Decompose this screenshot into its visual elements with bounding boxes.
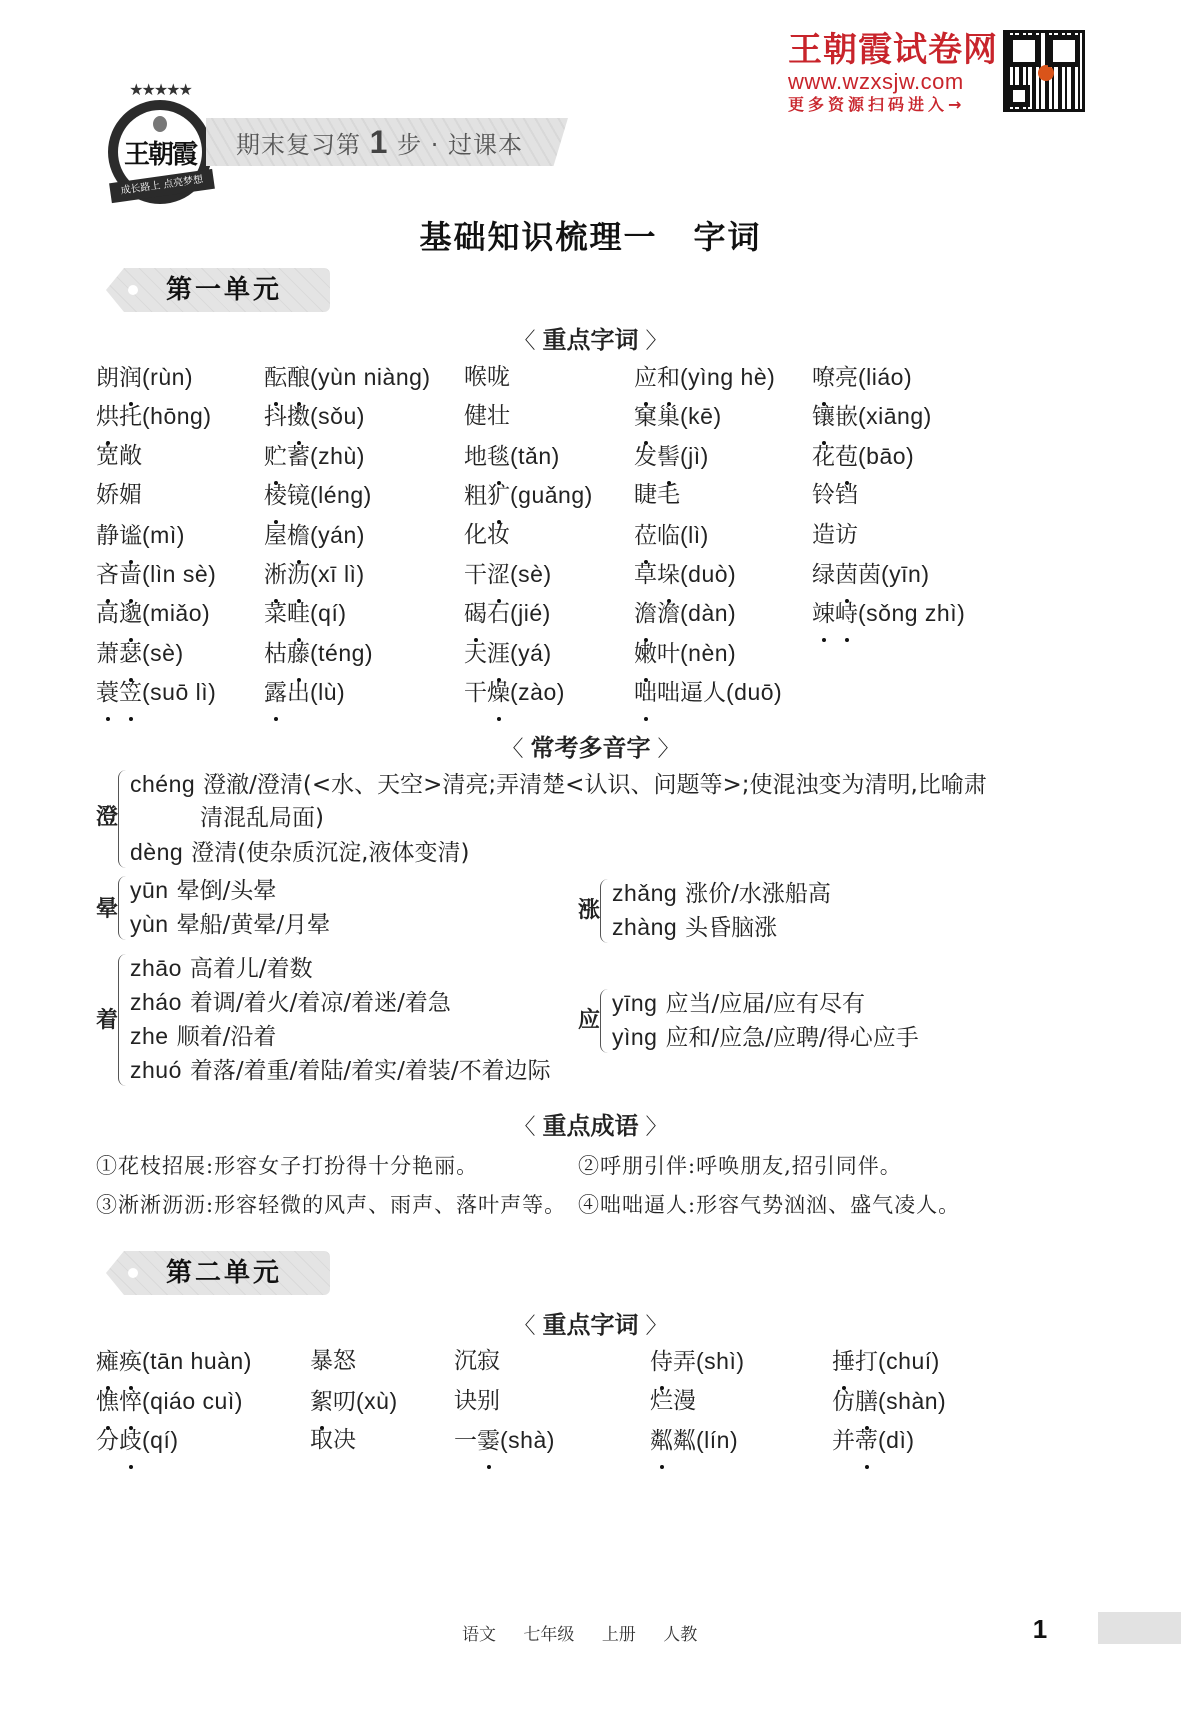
word-char: 喉	[464, 364, 487, 390]
key-word-item: 粗犷(guǎng)	[464, 474, 593, 518]
word-char: 化	[464, 522, 487, 548]
key-word-pinyin: (zhù)	[310, 443, 365, 469]
emphasis-dot-char: 邈	[119, 593, 142, 636]
emphasis-dot-char: 窠	[634, 396, 657, 439]
emphasis-dot-char: 瘫	[96, 1341, 119, 1384]
key-word-pinyin: (qí)	[310, 600, 347, 626]
brace-icon	[118, 876, 126, 940]
key-word-item: 天涯(yá)	[464, 632, 552, 676]
key-word-chars: 绿茵茵	[812, 562, 881, 588]
word-char: 干	[464, 680, 487, 706]
key-word-chars: 烘托	[96, 404, 142, 430]
key-word-item: 花苞(bāo)	[812, 435, 914, 479]
key-word-pinyin: (suō lì)	[142, 679, 216, 705]
emphasis-dot-char: 贮	[264, 436, 287, 479]
key-word-chars: 酝酿	[264, 365, 310, 391]
step-number: 1	[370, 124, 389, 160]
footer-edition: 人教	[663, 1625, 697, 1645]
polyphone-reading: yūn晕倒/头晕	[130, 872, 276, 909]
key-word-chars: 吝啬	[96, 562, 142, 588]
word-char: 妆	[487, 522, 510, 548]
polyphone-char: 晕	[96, 892, 118, 923]
key-word-pinyin: (kē)	[680, 403, 722, 429]
word-char: 托	[119, 404, 142, 430]
key-word-item: 睫毛	[634, 474, 680, 517]
word-char: 出	[287, 680, 310, 706]
key-word-pinyin: (yìng hè)	[680, 364, 775, 390]
key-word-pinyin: (tǎn)	[510, 443, 560, 469]
word-char: 诀	[454, 1388, 477, 1414]
emphasis-dot-char: 澹	[634, 593, 657, 636]
key-word-pinyin: (lì)	[680, 522, 709, 548]
key-word-pinyin: (nèn)	[680, 640, 736, 666]
polyphone-char: 着	[96, 1003, 118, 1034]
key-word-chars: 侍弄	[650, 1349, 696, 1375]
emphasis-dot-char: 涯	[487, 633, 510, 676]
emphasis-dot-char: 镶	[812, 396, 835, 439]
emphasis-dot-char: 捶	[832, 1341, 855, 1384]
reading-examples: 头昏脑涨	[685, 915, 777, 941]
word-char: 干	[464, 562, 487, 588]
key-word-pinyin: (xù)	[356, 1388, 398, 1414]
section-heading-key-words: 〈 重点字词 〉	[0, 320, 1181, 355]
idiom-item: ①花枝招展:形容女子打扮得十分艳丽。	[96, 1150, 478, 1180]
key-word-chars: 睫毛	[634, 482, 680, 508]
key-word-chars: 干涩	[464, 562, 510, 588]
word-char: 毛	[657, 482, 680, 508]
polyphone-reading: zháo着调/着火/着凉/着迷/着急	[130, 984, 451, 1021]
key-word-item: 喉咙	[464, 356, 510, 399]
word-char: 睫	[634, 482, 657, 508]
key-word-item: 捶打(chuí)	[832, 1340, 940, 1384]
key-word-item: 烂漫	[650, 1380, 696, 1423]
stars-icon: ★★★★★	[106, 80, 214, 99]
key-word-pinyin: (léng)	[310, 482, 372, 508]
word-char: 寂	[477, 1348, 500, 1374]
key-word-item: 并蒂(dì)	[832, 1419, 915, 1463]
key-word-item: 镶嵌(xiāng)	[812, 395, 932, 439]
key-word-pinyin: (qí)	[142, 1427, 179, 1453]
emphasis-dot-char: 膳	[855, 1381, 878, 1424]
word-char: 仿	[832, 1389, 855, 1415]
emphasis-dot-char: 竦	[812, 593, 835, 636]
key-word-chars: 娇媚	[96, 482, 142, 508]
key-word-chars: 地毯	[464, 444, 510, 470]
key-word-item: 嘹亮(liáo)	[812, 356, 912, 400]
key-word-chars: 蓑笠	[96, 680, 142, 706]
emphasis-dot-char: 峙	[835, 593, 858, 636]
polyphone-reading: zhuó着落/着重/着陆/着实/着装/不着边际	[130, 1052, 551, 1089]
key-word-item: 萧瑟(sè)	[96, 632, 184, 676]
key-word-item: 应和(yìng hè)	[634, 356, 775, 400]
bracket-right-icon: 〉	[639, 1115, 668, 1140]
emphasis-dot-char: 莅	[634, 515, 657, 558]
key-word-chars: 露出	[264, 680, 310, 706]
idiom-item: ③淅淅沥沥:形容轻微的风声、雨声、落叶声等。	[96, 1189, 566, 1219]
key-word-item: 贮蓄(zhù)	[264, 435, 365, 479]
emphasis-dot-char: 粼	[650, 1420, 673, 1463]
emphasis-dot-char: 瑟	[119, 633, 142, 676]
key-word-item: 造访	[812, 514, 858, 557]
emphasis-dot-char: 涩	[487, 554, 510, 597]
key-word-item: 棱镜(léng)	[264, 474, 372, 518]
word-char: 嵌	[835, 404, 858, 430]
key-word-item: 取决	[310, 1419, 356, 1462]
word-char: 烂	[650, 1388, 673, 1414]
word-char: 逼	[680, 680, 703, 706]
key-word-pinyin: (lín)	[696, 1427, 738, 1453]
word-char: 怒	[333, 1348, 356, 1374]
key-word-chars: 干燥	[464, 680, 510, 706]
bracket-left-icon: 〈	[514, 1115, 543, 1140]
key-word-item: 一霎(shà)	[454, 1419, 555, 1463]
portrait-icon	[153, 116, 167, 132]
emphasis-dot-char: 憔	[96, 1381, 119, 1424]
key-word-item: 干涩(sè)	[464, 553, 552, 597]
word-char: 亮	[835, 365, 858, 391]
brand-url[interactable]: www.wzxsjw.com	[788, 70, 998, 94]
reading-pinyin: zháo	[130, 989, 182, 1015]
page-title-sub: 字词	[694, 218, 762, 256]
key-word-pinyin: (shàn)	[878, 1388, 946, 1414]
reading-pinyin: zhe	[130, 1023, 169, 1049]
brace-icon	[118, 954, 126, 1086]
author-badge-logo: ★★★★★ 王朝霞 成长路上 点亮梦想	[106, 80, 214, 200]
key-word-item: 吝啬(lìn sè)	[96, 553, 216, 597]
key-word-chars: 澹澹	[634, 601, 680, 627]
brand-block: 王朝霞试卷网 www.wzxsjw.com 更多资源扫码进入→	[788, 30, 998, 116]
word-char: 茵	[858, 562, 881, 588]
unit-label: 第一单元	[166, 268, 282, 312]
emphasis-dot-char: 蓑	[96, 672, 119, 715]
key-word-item: 咄咄逼人(duō)	[634, 671, 782, 715]
key-word-chars: 化妆	[464, 522, 510, 548]
key-word-chars: 絮叨	[310, 1389, 356, 1415]
word-char: 漫	[673, 1388, 696, 1414]
reading-pinyin: yīng	[612, 990, 657, 1016]
qr-logo-icon	[1038, 65, 1054, 81]
key-word-chars: 棱镜	[264, 483, 310, 509]
polyphone-char: 应	[578, 1003, 600, 1034]
key-word-chars: 一霎	[454, 1428, 500, 1454]
word-char: 临	[657, 523, 680, 549]
key-word-pinyin: (duō)	[726, 679, 782, 705]
key-word-pinyin: (zào)	[510, 679, 565, 705]
emphasis-dot-char: 笠	[119, 672, 142, 715]
reading-examples: 澄澈/澄清(<水、天空>清亮;弄清楚<认识、问题等>;使混浊变为清明,比喻肃	[203, 772, 987, 798]
key-word-chars: 发髻	[634, 444, 680, 470]
key-word-chars: 枯藤	[264, 641, 310, 667]
word-char: 娇	[96, 482, 119, 508]
key-word-chars: 诀别	[454, 1388, 500, 1414]
key-word-pinyin: (lìn sè)	[142, 561, 216, 587]
emphasis-dot-char: 蒂	[855, 1420, 878, 1463]
key-word-chars: 取决	[310, 1427, 356, 1453]
emphasis-dot-char: 垛	[657, 554, 680, 597]
key-word-item: 窠巢(kē)	[634, 395, 722, 439]
brace-icon	[118, 770, 126, 868]
emphasis-dot-char: 毯	[487, 436, 510, 479]
polyphone-reading: yìng应和/应急/应聘/得心应手	[612, 1019, 919, 1056]
word-char: 弄	[673, 1349, 696, 1375]
emphasis-dot-char: 絮	[310, 1381, 333, 1424]
word-char: 暴	[310, 1348, 333, 1374]
qr-code-icon[interactable]	[1003, 30, 1085, 112]
brand-tagline: 更多资源扫码进入→	[788, 94, 998, 116]
unit-label: 第二单元	[166, 1251, 282, 1295]
key-word-item: 侍弄(shì)	[650, 1340, 745, 1384]
key-word-pinyin: (rùn)	[142, 364, 193, 390]
emphasis-dot-char: 棱	[264, 475, 287, 518]
key-word-item: 宽敞	[96, 435, 142, 478]
word-char: 决	[333, 1427, 356, 1453]
tag-hole-icon	[128, 1268, 138, 1278]
key-word-chars: 咄咄逼人	[634, 680, 726, 706]
key-word-item: 嫩叶(nèn)	[634, 632, 736, 676]
unit-tag-2: 第二单元	[106, 1251, 330, 1295]
key-word-chars: 窠巢	[634, 404, 680, 430]
word-char: 打	[855, 1349, 878, 1375]
unit-tag-1: 第一单元	[106, 268, 330, 312]
footer-subject: 语文	[462, 1625, 496, 1645]
emphasis-dot-char: 沥	[287, 554, 310, 597]
page-title: 基础知识梳理一字词	[0, 212, 1181, 258]
key-word-chars: 瘫痪	[96, 1349, 142, 1375]
key-word-chars: 朗润	[96, 365, 142, 391]
word-char: 枯	[264, 641, 287, 667]
key-word-item: 朗润(rùn)	[96, 356, 193, 400]
reading-examples: 应当/应届/应有尽有	[665, 991, 865, 1017]
idiom-item: ②呼朋引伴:呼唤朋友,招引同伴。	[578, 1150, 902, 1180]
key-word-item: 絮叨(xù)	[310, 1380, 398, 1424]
page-number-bar	[1098, 1612, 1181, 1644]
reading-examples: 着调/着火/着凉/着迷/着急	[190, 990, 451, 1016]
key-word-chars: 贮蓄	[264, 444, 310, 470]
key-word-chars: 健壮	[464, 403, 510, 429]
key-word-pinyin: (liáo)	[858, 364, 912, 390]
word-char: 人	[703, 680, 726, 706]
key-word-item: 干燥(zào)	[464, 671, 565, 715]
emphasis-dot-char: 藤	[287, 633, 310, 676]
key-word-pinyin: (tān huàn)	[142, 1348, 252, 1374]
key-word-chars: 粗犷	[464, 483, 510, 509]
emphasis-dot-char: 悴	[119, 1381, 142, 1424]
word-char: 沉	[454, 1348, 477, 1374]
key-word-chars: 暴怒	[310, 1348, 356, 1374]
key-word-item: 静谧(mì)	[96, 514, 185, 558]
key-word-item: 粼粼(lín)	[650, 1419, 738, 1463]
word-char: 访	[835, 522, 858, 548]
emphasis-dot-char: 咄	[634, 672, 657, 715]
key-word-chars: 仿膳	[832, 1389, 878, 1415]
brand-name: 王朝霞试卷网	[788, 30, 998, 70]
key-word-item: 屋檐(yán)	[264, 514, 365, 558]
reading-pinyin: yùn	[130, 911, 169, 937]
reading-examples: 晕船/黄晕/月晕	[177, 912, 331, 938]
word-char: 抖	[264, 404, 287, 430]
word-char: 菜	[264, 601, 287, 627]
key-word-item: 娇媚	[96, 474, 142, 517]
emphasis-dot-char: 润	[119, 357, 142, 400]
footer-grade: 七年级	[523, 1625, 574, 1645]
key-word-pinyin: (yán)	[310, 522, 365, 548]
key-word-item: 诀别	[454, 1380, 500, 1423]
key-word-chars: 分歧	[96, 1428, 142, 1454]
polyphone-reading: dèng澄清(使杂质沉淀,液体变清)	[130, 834, 469, 871]
key-word-pinyin: (miǎo)	[142, 600, 210, 626]
emphasis-dot-char: 畦	[287, 593, 310, 636]
key-word-pinyin: (bāo)	[858, 443, 914, 469]
key-word-pinyin: (mì)	[142, 522, 185, 548]
key-word-pinyin: (shì)	[696, 1348, 745, 1374]
key-word-pinyin: (qiáo cuì)	[142, 1388, 243, 1414]
word-char: 屋	[264, 523, 287, 549]
key-word-chars: 屋檐	[264, 523, 310, 549]
emphasis-dot-char: 嘹	[812, 357, 835, 400]
key-word-item: 澹澹(dàn)	[634, 592, 736, 636]
key-word-chars: 并蒂	[832, 1428, 878, 1454]
key-word-item: 化妆	[464, 514, 510, 557]
key-word-pinyin: (xiāng)	[858, 403, 932, 429]
key-word-item: 健壮	[464, 395, 510, 438]
emphasis-dot-char: 谧	[119, 515, 142, 558]
emphasis-dot-char: 燥	[487, 672, 510, 715]
bracket-left-icon: 〈	[502, 737, 531, 762]
step-prefix: 期末复习第	[236, 131, 361, 159]
key-word-pinyin: (sǒng zhì)	[858, 600, 965, 626]
reading-examples: 晕倒/头晕	[177, 878, 277, 904]
key-word-item: 仿膳(shàn)	[832, 1380, 946, 1424]
section-heading-label: 常考多音字	[531, 734, 651, 762]
word-char: 高	[96, 601, 119, 627]
polyphone-char: 涨	[578, 893, 600, 924]
word-char: 咙	[487, 364, 510, 390]
key-word-chars: 喉咙	[464, 364, 510, 390]
key-word-item: 碣石(jié)	[464, 592, 551, 636]
key-word-chars: 铃铛	[812, 482, 858, 508]
brace-icon	[600, 879, 608, 943]
section-heading-label: 重点字词	[543, 326, 639, 354]
emphasis-dot-char: 和	[657, 357, 680, 400]
key-word-chars: 烂漫	[650, 1388, 696, 1414]
word-char: 敞	[119, 443, 142, 469]
badge-name: 王朝霞	[118, 134, 202, 171]
key-word-item: 蓑笠(suō lì)	[96, 671, 216, 715]
emphasis-dot-char: 髻	[657, 436, 680, 479]
polyphone-reading: yīng应当/应届/应有尽有	[612, 985, 865, 1022]
reading-examples: 着落/着重/着陆/着实/着装/不着边际	[190, 1058, 551, 1084]
key-word-pinyin: (duò)	[680, 561, 736, 587]
word-char: 天	[464, 641, 487, 667]
emphasis-dot-char: 苞	[835, 436, 858, 479]
emphasis-dot-char: 露	[264, 672, 287, 715]
word-char: 蓄	[287, 444, 310, 470]
key-word-item: 分歧(qí)	[96, 1419, 179, 1463]
word-char: 一	[454, 1428, 477, 1454]
brace-icon	[600, 989, 608, 1053]
polyphone-reading: zhàng头昏脑涨	[612, 909, 777, 946]
section-heading-polyphones: 〈 常考多音字 〉	[0, 728, 1181, 763]
word-char: 媚	[119, 482, 142, 508]
reading-pinyin: zhuó	[130, 1057, 182, 1083]
emphasis-dot-char: 霎	[477, 1420, 500, 1463]
bracket-left-icon: 〈	[514, 329, 543, 354]
word-char: 花	[812, 444, 835, 470]
emphasis-dot-char: 檐	[287, 515, 310, 558]
word-char: 巢	[657, 404, 680, 430]
emphasis-dot-char: 碣	[464, 593, 487, 636]
word-char: 绿	[812, 562, 835, 588]
bracket-right-icon: 〉	[651, 737, 680, 762]
key-word-item: 抖擞(sǒu)	[264, 395, 365, 439]
key-word-chars: 竦峙	[812, 601, 858, 627]
key-word-pinyin: (yīn)	[881, 561, 930, 587]
word-char: 粼	[673, 1428, 696, 1454]
key-word-item: 地毯(tǎn)	[464, 435, 560, 479]
word-char: 朗	[96, 365, 119, 391]
polyphone-char: 澄	[96, 800, 118, 831]
word-char: 石	[487, 601, 510, 627]
key-word-chars: 宽敞	[96, 443, 142, 469]
key-word-item: 高邈(miǎo)	[96, 592, 210, 636]
key-word-chars: 嫩叶	[634, 641, 680, 667]
key-word-item: 绿茵茵(yīn)	[812, 553, 930, 597]
emphasis-dot-char: 应	[634, 357, 657, 400]
key-word-pinyin: (jì)	[680, 443, 709, 469]
word-char: 地	[464, 444, 487, 470]
word-char: 铛	[835, 482, 858, 508]
emphasis-dot-char: 犷	[487, 475, 510, 518]
key-word-item: 暴怒	[310, 1340, 356, 1383]
reading-examples: 澄清(使杂质沉淀,液体变清)	[191, 840, 469, 866]
emphasis-dot-char: 痪	[119, 1341, 142, 1384]
key-word-chars: 粼粼	[650, 1428, 696, 1454]
key-word-chars: 憔悴	[96, 1389, 142, 1415]
emphasis-dot-char: 侍	[650, 1341, 673, 1384]
key-word-item: 发髻(jì)	[634, 435, 709, 479]
page-number: 1	[1018, 1612, 1062, 1644]
key-word-item: 草垛(duò)	[634, 553, 736, 597]
key-word-item: 淅沥(xī lì)	[264, 553, 365, 597]
word-char: 造	[812, 522, 835, 548]
word-char: 镜	[287, 483, 310, 509]
key-word-item: 露出(lù)	[264, 671, 345, 715]
key-word-chars: 草垛	[634, 562, 680, 588]
polyphone-reading: yùn晕船/黄晕/月晕	[130, 906, 330, 943]
key-word-item: 憔悴(qiáo cuì)	[96, 1380, 243, 1424]
key-word-item: 竦峙(sǒng zhì)	[812, 592, 965, 636]
word-char: 叶	[657, 641, 680, 667]
reading-pinyin: zhāo	[130, 955, 182, 981]
word-char: 分	[96, 1428, 119, 1454]
bracket-right-icon: 〉	[639, 329, 668, 354]
key-word-pinyin: (yùn niàng)	[310, 364, 431, 390]
key-word-chars: 淅沥	[264, 562, 310, 588]
key-word-item: 枯藤(téng)	[264, 632, 373, 676]
word-char: 草	[634, 562, 657, 588]
reading-pinyin: yìng	[612, 1024, 657, 1050]
word-char: 取	[310, 1427, 333, 1453]
emphasis-dot-char: 啬	[119, 554, 142, 597]
step-banner: 期末复习第 1 步 · 过课本	[236, 124, 523, 163]
key-word-chars: 莅临	[634, 523, 680, 549]
section-heading-label: 重点成语	[543, 1112, 639, 1140]
key-word-pinyin: (guǎng)	[510, 482, 593, 508]
word-char: 静	[96, 523, 119, 549]
emphasis-dot-char: 嫩	[634, 633, 657, 676]
emphasis-dot-char: 擞	[287, 396, 310, 439]
key-word-item: 瘫痪(tān huàn)	[96, 1340, 252, 1384]
